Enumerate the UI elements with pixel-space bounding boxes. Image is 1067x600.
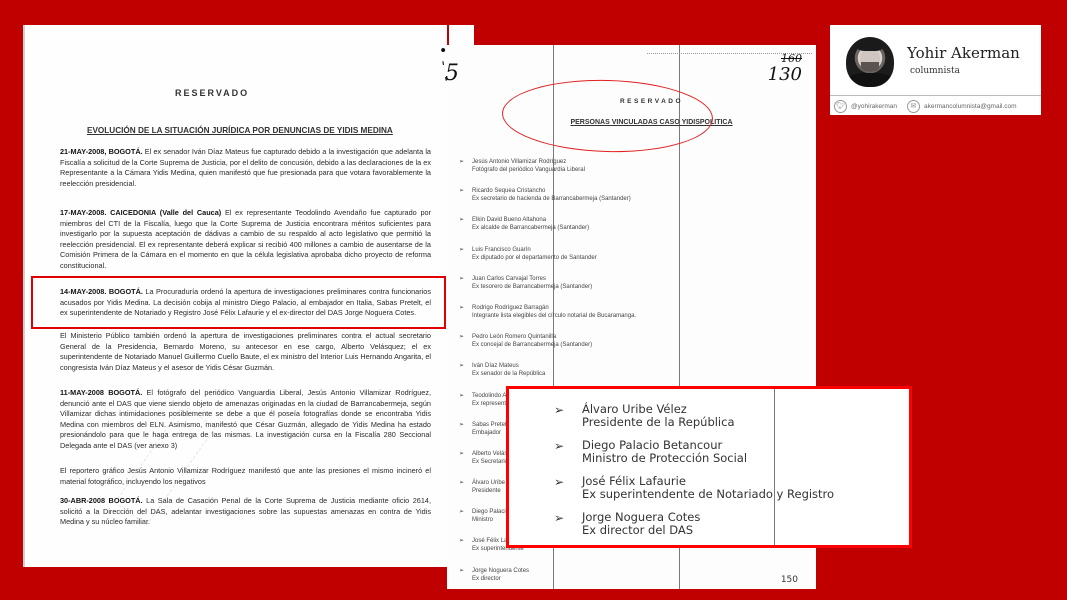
struck-folio: 160 [768,53,802,64]
arrow-bullet-icon: ➢ [459,275,464,283]
folio-number: 130 [768,66,802,84]
arrow-bullet-icon: ➢ [459,421,464,429]
person-role: Ex senador de la República [472,370,789,378]
author-contacts: 🐦︎ @yohirakerman ✉︎ akermancolumnista@gm… [834,99,1041,113]
person-role: Ex secretario de hacienda de Barrancaber… [472,195,789,203]
author-avatar [846,37,894,87]
person-name: Jorge Noguera Cotes [472,567,789,575]
highlighted-person-item: ➢Diego Palacio BetancourMinistro de Prot… [554,439,834,475]
classification-heading: RESERVADO [175,88,249,98]
document-title: EVOLUCIÓN DE LA SITUACIÓN JURÍDICA POR D… [87,126,393,135]
person-role: Integrante lista elegibles del círculo n… [472,312,789,320]
arrow-bullet-icon: ➢ [554,439,564,453]
page-edge [449,25,474,45]
highlight-box [31,276,446,329]
person-role: Ex tesorero de Barrancabermeja (Santande… [472,283,789,291]
person-name: Luis Francisco Guarín [472,246,789,254]
arrow-bullet-icon: ➢ [459,479,464,487]
divider [830,95,1041,96]
handwritten-folio: 160 130 [768,53,802,84]
person-role: Ex diputado por el departamento de Santa… [472,254,789,262]
entry-paragraph: 21-MAY-2008, BOGOTÁ. El ex senador Iván … [60,147,431,189]
person-list-item: ➢Ricardo Sequea CristanchoEx secretario … [459,187,789,216]
arrow-bullet-icon: ➢ [459,216,464,224]
arrow-bullet-icon: ➢ [459,567,464,575]
arrow-bullet-icon: ➢ [459,450,464,458]
person-list-item: ➢Rodrigo Rodríguez BarragánIntegrante li… [459,304,789,333]
person-name: Jesús Antonio Villamizar Rodríguez [472,158,789,166]
highlight-oval [501,77,714,154]
person-role: Fotógrafo del periódico Vanguardia Liber… [472,166,789,174]
arrow-bullet-icon: ➢ [459,304,464,312]
arrow-bullet-icon: ➢ [459,187,464,195]
person-name: Iván Díaz Mateus [472,362,789,370]
arrow-bullet-icon: ➢ [459,246,464,254]
handwritten-page-mark: 5 [445,61,459,86]
person-list-item: ➢Elkin David Bueno AltahonaEx alcalde de… [459,216,789,245]
author-card: Yohir Akerman columnista 🐦︎ @yohirakerma… [830,25,1041,115]
email-link[interactable]: akermancolumnista@gmail.com [924,103,1017,110]
envelope-icon: ✉︎ [907,100,920,113]
person-role: Ex concejal de Barrancabermeja (Santande… [472,341,789,349]
person-role: Ex director del DAS [582,524,834,537]
highlighted-person-item: ➢Jorge Noguera CotesEx director del DAS [554,511,834,547]
arrow-bullet-icon: ➢ [554,403,564,417]
person-name: Elkin David Bueno Altahona [472,216,789,224]
arrow-bullet-icon: ➢ [459,508,464,516]
twitter-bird-icon: 🐦︎ [834,100,847,113]
person-role: Ex director [472,575,789,583]
arrow-bullet-icon: ➢ [459,537,464,545]
twitter-handle-link[interactable]: @yohirakerman [851,103,897,110]
person-list-item: ➢Pedro León Romero QuintanillaEx conceja… [459,333,789,362]
arrow-bullet-icon: ➢ [554,475,564,489]
person-list-item: ➢Jesús Antonio Villamizar RodríguezFotóg… [459,158,789,187]
author-name: Yohir Akerman [907,44,1020,62]
arrow-bullet-icon: ➢ [459,362,464,370]
person-role: Ministro de Protección Social [582,452,834,465]
entry-paragraph: 11-MAY-2008 BOGOTÁ. El fotógrafo del per… [60,388,431,451]
entry-paragraph: 17-MAY-2008. CAICEDONIA (Valle del Cauca… [60,208,431,271]
entry-paragraph: El reportero gráfico Jesús Antonio Villa… [60,466,431,487]
person-list-item: ➢Jorge Noguera CotesEx director [459,567,789,589]
highlighted-persons-list: ➢Álvaro Uribe VélezPresidente de la Repú… [554,403,834,547]
arrow-bullet-icon: ➢ [459,158,464,166]
arrow-bullet-icon: ➢ [459,333,464,341]
magnified-excerpt: ➢Álvaro Uribe VélezPresidente de la Repú… [506,386,912,548]
entry-paragraph: El Ministerio Público también ordenó la … [60,331,431,373]
person-role: Presidente de la República [582,416,834,429]
page-number: 150 [781,575,798,585]
person-name: Juan Carlos Carvajal Torres [472,275,789,283]
person-name: Ricardo Sequea Cristancho [472,187,789,195]
person-list-item: ➢Juan Carlos Carvajal TorresEx tesorero … [459,275,789,304]
person-list-item: ➢Luis Francisco GuarínEx diputado por el… [459,246,789,275]
arrow-bullet-icon: ➢ [554,511,564,525]
highlighted-person-item: ➢Álvaro Uribe VélezPresidente de la Repú… [554,403,834,439]
person-name: Rodrigo Rodríguez Barragán [472,304,789,312]
person-role: Ex superintendente de Notariado y Regist… [582,488,834,501]
person-role: Ex alcalde de Barrancabermeja (Santander… [472,224,789,232]
author-role: columnista [910,66,960,76]
document-evolucion-juridica: • ' ' 5 RESERVADO EVOLUCIÓN DE LA SITUAC… [23,25,447,567]
highlighted-person-item: ➢José Félix LafaurieEx superintendente d… [554,475,834,511]
arrow-bullet-icon: ➢ [459,392,464,400]
person-name: Pedro León Romero Quintanilla [472,333,789,341]
